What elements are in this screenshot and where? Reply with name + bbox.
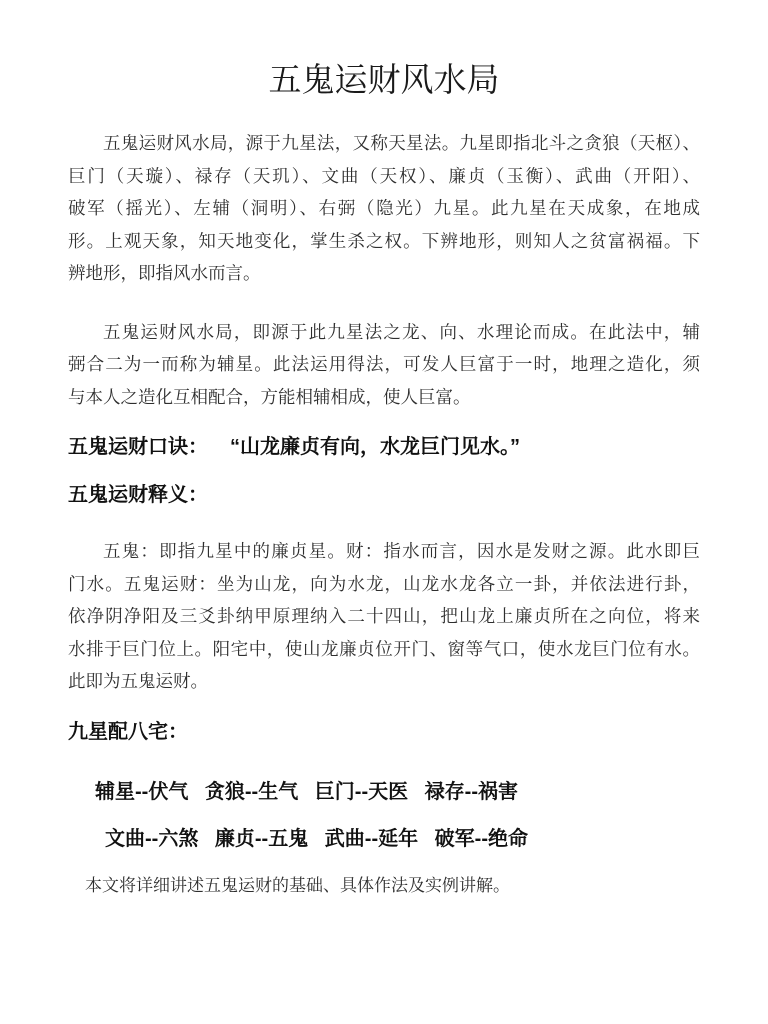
star-pair: 武曲--延年 [325,828,418,850]
star-pair: 廉贞--五鬼 [215,828,308,850]
paragraph-line: 依净阴净阳及三爻卦纳甲原理纳入二十四山，把山龙上廉贞所在之向位，将来 [68,600,700,633]
intro-paragraph-2: 五鬼运财风水局，即源于此九星法之龙、向、水理论而成。在此法中，辅 弼合二为一而称… [68,316,700,414]
shiyi-paragraph: 五鬼：即指九星中的廉贞星。财：指水而言，因水是发财之源。此水即巨 门水。五鬼运财… [68,535,700,698]
closing-note: 本文将详细讲述五鬼运财的基础、具体作法及实例讲解。 [68,871,700,901]
paragraph-line: 门水。五鬼运财：坐为山龙，向为水龙，山龙水龙各立一卦，并依法进行卦， [68,568,700,601]
star-pair: 巨门--天医 [315,781,408,803]
star-pair: 破军--绝命 [435,828,528,850]
star-pair: 贪狼--生气 [205,781,298,803]
paragraph-line: 水排于巨门位上。阳宅中，使山龙廉贞位开门、窗等气口，使水龙巨门位有水。 [68,633,700,666]
heading-shiyi: 五鬼运财释义： [68,481,208,509]
page-title: 五鬼运财风水局 [68,58,700,104]
heading-koujue: 五鬼运财口诀： [68,433,208,461]
star-pair: 文曲--六煞 [105,828,198,850]
star-pair: 辅星--伏气 [95,781,188,803]
paragraph-line: 弼合二为一而称为辅星。此法运用得法，可发人巨富于一时，地理之造化，须 [68,348,700,381]
koujue-quote: “山龙廉贞有向，水龙巨门见水。” [230,433,520,461]
star-pair: 禄存--祸害 [425,781,518,803]
paragraph-line: 五鬼运财风水局，源于九星法，又称天星法。九星即指北斗之贪狼（天枢）、 [68,127,700,160]
paragraph-line: 五鬼：即指九星中的廉贞星。财：指水而言，因水是发财之源。此水即巨 [68,535,700,568]
document-page: 五鬼运财风水局 五鬼运财风水局，源于九星法，又称天星法。九星即指北斗之贪狼（天枢… [0,0,768,1024]
heading-jiuxing: 九星配八宅： [68,718,188,746]
paragraph-line: 破军（摇光）、左辅（洞明）、右弼（隐光）九星。此九星在天成象，在地成 [68,192,700,225]
page-content: 五鬼运财风水局 五鬼运财风水局，源于九星法，又称天星法。九星即指北斗之贪狼（天枢… [0,58,768,901]
paragraph-line: 此即为五鬼运财。 [68,665,700,698]
section-shiyi: 五鬼运财释义： [68,481,700,509]
star-pairs-row-2: 文曲--六煞 廉贞--五鬼 武曲--延年 破军--绝命 [68,825,700,853]
section-koujue: 五鬼运财口诀： “山龙廉贞有向，水龙巨门见水。” [68,433,700,461]
paragraph-line: 辨地形，即指风水而言。 [68,257,700,290]
paragraph-line: 巨门（天璇）、禄存（天玑）、文曲（天权）、廉贞（玉衡）、武曲（开阳）、 [68,160,700,193]
paragraph-line: 五鬼运财风水局，即源于此九星法之龙、向、水理论而成。在此法中，辅 [68,316,700,349]
paragraph-line: 形。上观天象，知天地变化，掌生杀之权。下辨地形，则知人之贫富祸福。下 [68,225,700,258]
intro-paragraph-1: 五鬼运财风水局，源于九星法，又称天星法。九星即指北斗之贪狼（天枢）、 巨门（天璇… [68,127,700,290]
section-jiuxing: 九星配八宅： [68,718,700,746]
paragraph-line: 与本人之造化互相配合，方能相辅相成，使人巨富。 [68,381,700,414]
star-pairs-row-1: 辅星--伏气 贪狼--生气 巨门--天医 禄存--祸害 [68,778,700,806]
